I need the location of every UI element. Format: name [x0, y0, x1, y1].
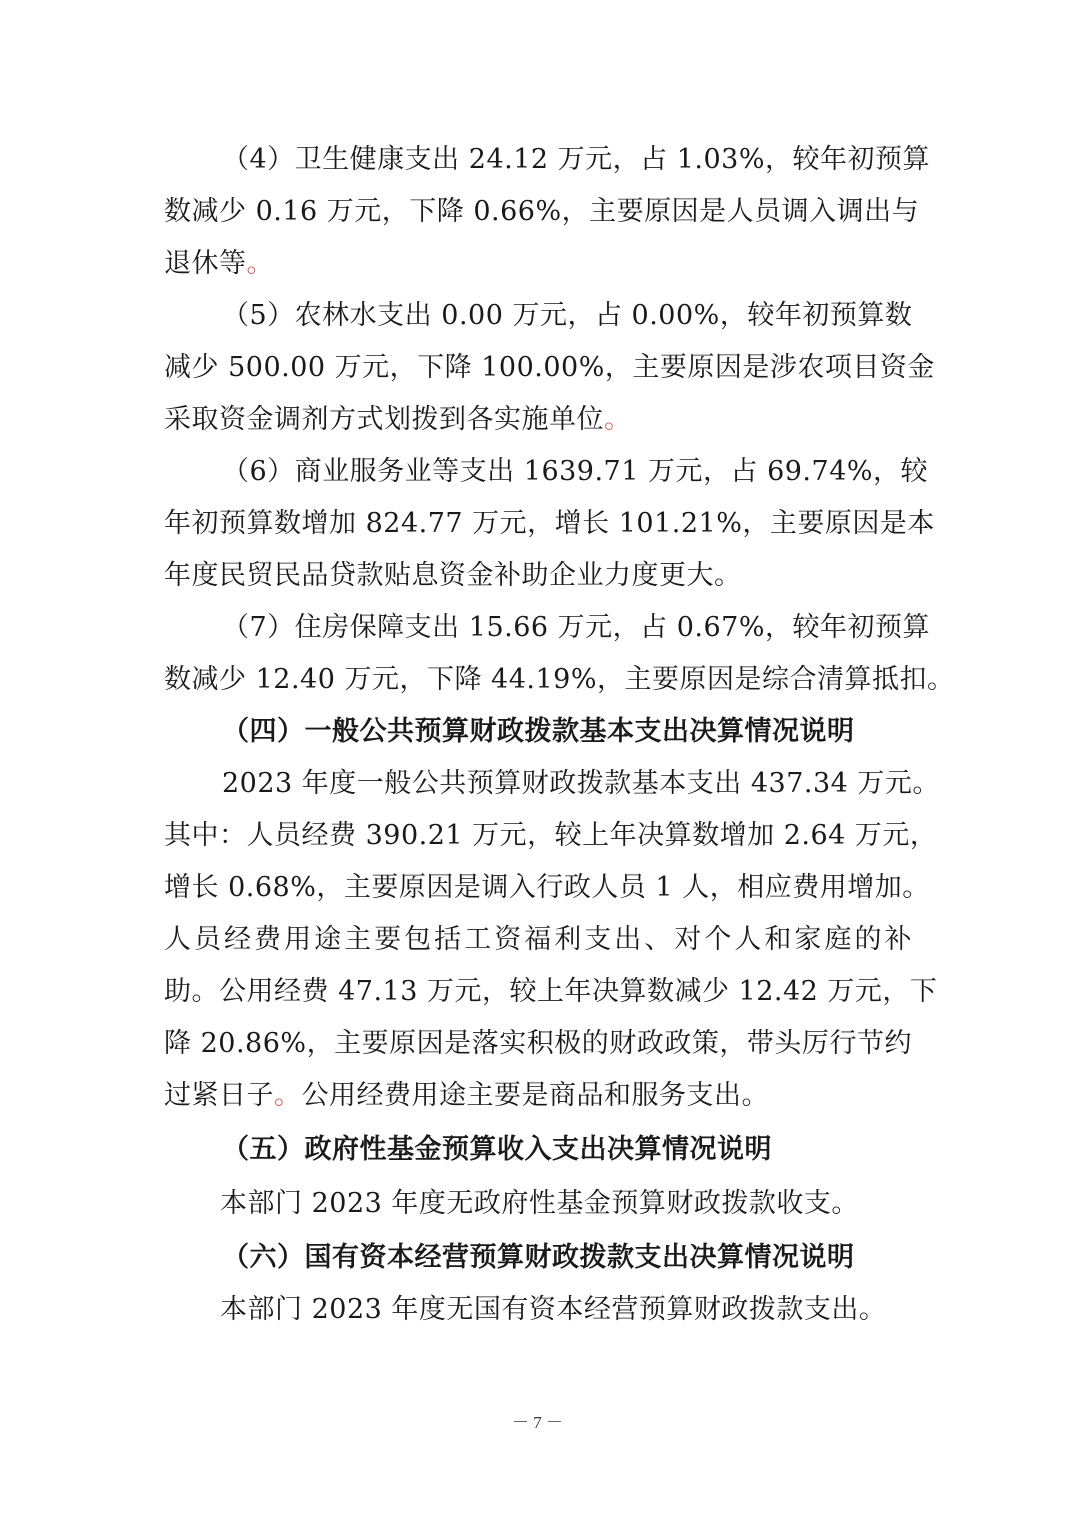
paragraph-basic-line-2: 其中：人员经费 390.21 万元，较上年决算数增加 2.64 万元， [164, 816, 912, 856]
paragraph-basic-line-4: 人员经费用途主要包括工资福利支出、对个人和家庭的补 [164, 920, 912, 960]
paragraph-agriculture-text: 采取资金调剂方式划拨到各实施单位 [164, 404, 604, 435]
paragraph-health-line-3: 退休等。 [164, 244, 912, 284]
paragraph-basic-line-7: 过紧日子。公用经费用途主要是商品和服务支出。 [164, 1076, 912, 1116]
red-period-mark: 。 [247, 248, 275, 279]
section-heading-gov-fund: （五）政府性基金预算收入支出决算情况说明 [164, 1130, 912, 1170]
paragraph-health-text: 退休等 [164, 248, 247, 279]
paragraph-agriculture-line-3: 采取资金调剂方式划拨到各实施单位。 [164, 400, 912, 440]
section-heading-basic-expenditure: （四）一般公共预算财政拨款基本支出决算情况说明 [164, 712, 912, 752]
paragraph-basic-text: 过紧日子 [164, 1080, 274, 1111]
paragraph-commerce-line-1: （6）商业服务业等支出 1639.71 万元，占 69.74%，较 [164, 452, 912, 492]
paragraph-commerce-line-2: 年初预算数增加 824.77 万元，增长 101.21%，主要原因是本 [164, 504, 912, 544]
paragraph-basic-line-1: 2023 年度一般公共预算财政拨款基本支出 437.34 万元。 [164, 764, 912, 804]
paragraph-commerce-line-3: 年度民贸民品贷款贴息资金补助企业力度更大。 [164, 556, 912, 596]
paragraph-basic-tail: 公用经费用途主要是商品和服务支出。 [302, 1080, 770, 1111]
page-number: － 7 － [0, 1408, 1075, 1433]
paragraph-basic-line-5: 助。公用经费 47.13 万元，较上年决算数减少 12.42 万元，下 [164, 972, 912, 1012]
paragraph-gov-fund: 本部门 2023 年度无政府性基金预算财政拨款收支。 [164, 1184, 912, 1224]
section-heading-state-capital: （六）国有资本经营预算财政拨款支出决算情况说明 [164, 1238, 912, 1278]
paragraph-agriculture-line-1: （5）农林水支出 0.00 万元，占 0.00%，较年初预算数 [164, 296, 912, 336]
paragraph-health-line-2: 数减少 0.16 万元，下降 0.66%，主要原因是人员调入调出与 [164, 192, 912, 232]
paragraph-state-capital: 本部门 2023 年度无国有资本经营预算财政拨款支出。 [164, 1290, 912, 1330]
red-period-mark: 。 [274, 1080, 302, 1111]
paragraph-basic-line-3: 增长 0.68%，主要原因是调入行政人员 1 人，相应费用增加。 [164, 868, 912, 908]
red-period-mark: 。 [604, 404, 632, 435]
paragraph-housing-line-2: 数减少 12.40 万元，下降 44.19%，主要原因是综合清算抵扣。 [164, 660, 912, 700]
paragraph-agriculture-line-2: 减少 500.00 万元，下降 100.00%，主要原因是涉农项目资金 [164, 348, 912, 388]
paragraph-basic-line-6: 降 20.86%，主要原因是落实积极的财政政策，带头厉行节约 [164, 1024, 912, 1064]
paragraph-housing-line-1: （7）住房保障支出 15.66 万元，占 0.67%，较年初预算 [164, 608, 912, 648]
paragraph-health-line-1: （4）卫生健康支出 24.12 万元，占 1.03%，较年初预算 [164, 140, 912, 180]
